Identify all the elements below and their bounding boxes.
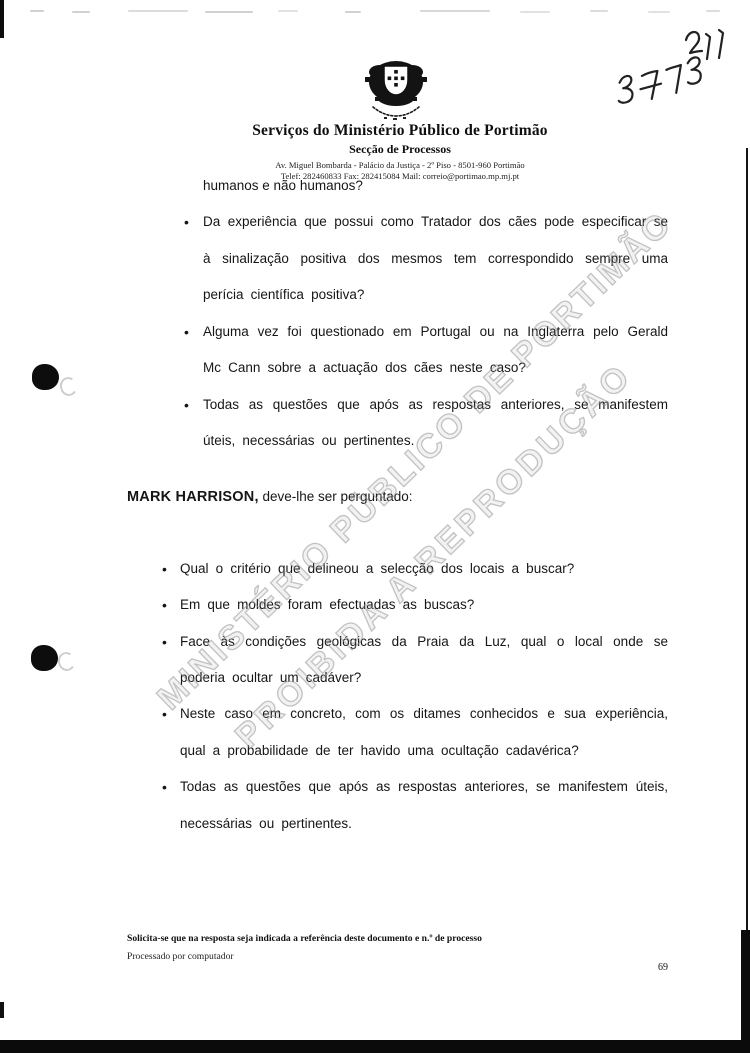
page-number: 69 xyxy=(658,962,668,973)
handwritten-number-top xyxy=(686,30,723,59)
heading-rest: deve-lhe ser perguntado: xyxy=(259,489,413,504)
list-item: Alguma vez foi questionado em Portugal o… xyxy=(203,314,668,387)
list-item: Qual o critério que delineou a selecção … xyxy=(180,551,668,587)
list-item: Todas as questões que após as respostas … xyxy=(180,769,668,842)
handwritten-number-bottom xyxy=(615,57,704,103)
document-body: humanos e não humanos? Da experiência qu… xyxy=(127,168,668,842)
scan-edge-artifact xyxy=(741,930,750,1053)
handwritten-annotations xyxy=(598,14,748,106)
list-item-text: Da experiência que possui como Tratador … xyxy=(203,214,668,302)
list-item-text: Neste caso em concreto, com os ditames c… xyxy=(180,706,668,757)
question-list-mark-harrison: Qual o critério que delineou a selecção … xyxy=(127,551,668,843)
list-item: Da experiência que possui como Tratador … xyxy=(203,204,668,313)
list-item-text: Face às condições geológicas da Praia da… xyxy=(180,634,668,685)
list-item-text: Alguma vez foi questionado em Portugal o… xyxy=(203,324,668,375)
scan-edge-artifact xyxy=(0,1040,750,1053)
footer-processed-by: Processado por computador xyxy=(127,951,234,962)
scanned-document-page: Serviços do Ministério Público de Portim… xyxy=(0,0,750,1053)
list-item: Neste caso em concreto, com os ditames c… xyxy=(180,696,668,769)
list-item: Face às condições geológicas da Praia da… xyxy=(180,624,668,697)
scan-edge-artifact xyxy=(746,148,748,1040)
punch-hole-mark xyxy=(32,364,59,390)
person-name: MARK HARRISON, xyxy=(127,489,259,505)
list-item-text: Qual o critério que delineou a selecção … xyxy=(180,561,574,576)
punch-hole-mark xyxy=(31,645,58,671)
list-item-text: Em que moldes foram efectuadas as buscas… xyxy=(180,597,474,612)
dept-name: Secção de Processos xyxy=(155,142,645,157)
scan-edge-artifact xyxy=(0,0,4,38)
scan-edge-artifact xyxy=(0,1002,4,1018)
list-item: Em que moldes foram efectuadas as buscas… xyxy=(180,587,668,623)
section-heading: MARK HARRISON, deve-lhe ser perguntado: xyxy=(127,478,668,517)
punch-hole-mark xyxy=(56,650,77,672)
org-name: Serviços do Ministério Público de Portim… xyxy=(155,122,645,140)
continuation-line: humanos e não humanos? xyxy=(127,168,668,204)
list-item: Todas as questões que após as respostas … xyxy=(203,387,668,460)
punch-hole-mark xyxy=(58,375,79,397)
coat-of-arms-icon xyxy=(351,55,441,123)
question-list-dog-handler: Da experiência que possui como Tratador … xyxy=(127,204,668,459)
list-item-text: Todas as questões que após as respostas … xyxy=(180,779,668,830)
list-item-text: Todas as questões que após as respostas … xyxy=(203,397,668,448)
footer-note: Solicita-se que na resposta seja indicad… xyxy=(127,933,482,944)
